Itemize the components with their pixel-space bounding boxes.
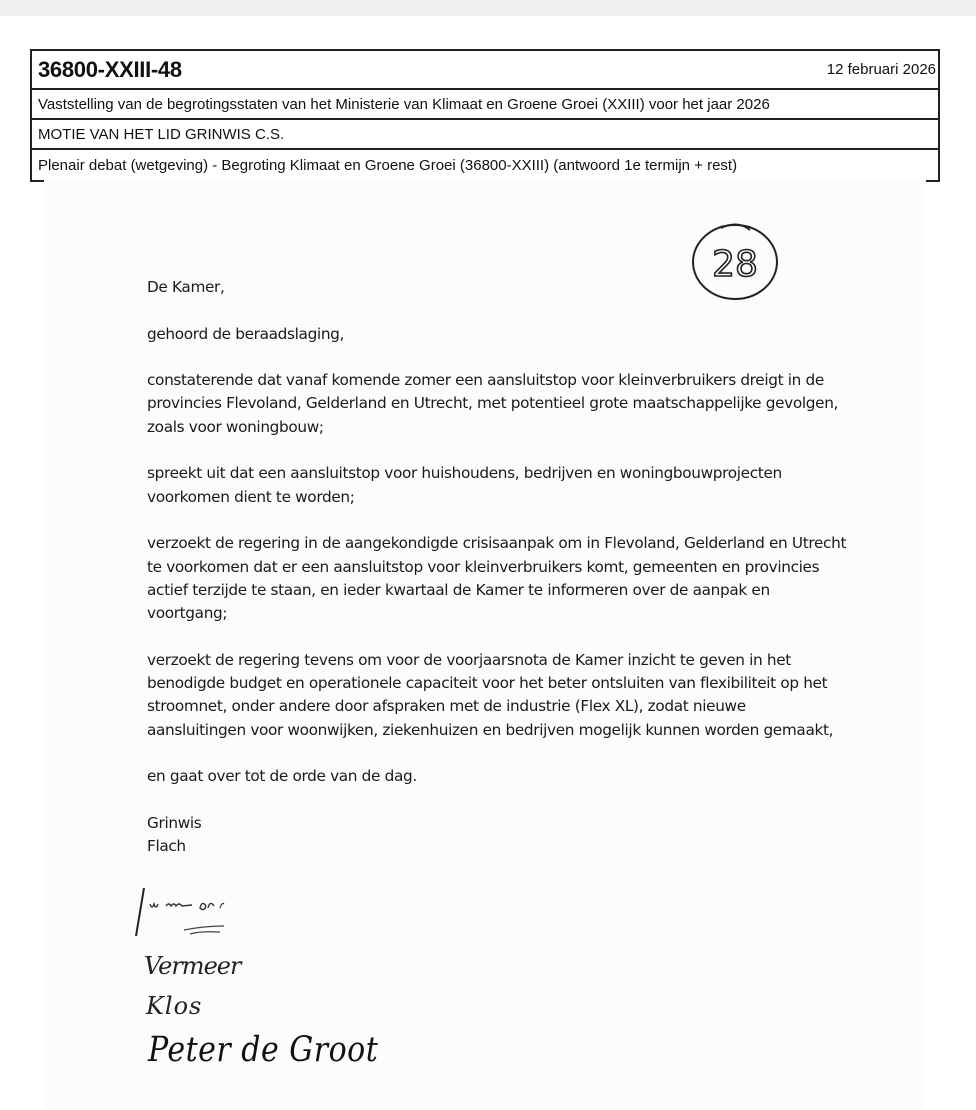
preamble: gehoord de beraadslaging, (147, 323, 847, 346)
document-subject: Vaststelling van de begrotingsstaten van… (38, 96, 770, 113)
signature-peter-de-groot: Peter de Groot (148, 1030, 378, 1070)
header-debate-row: Plenair debat (wetgeving) - Begroting Kl… (32, 150, 938, 180)
signature-jansen (128, 884, 288, 944)
salutation: De Kamer, (147, 276, 847, 299)
top-toolbar-strip (0, 0, 976, 16)
signatory-typed: Flach (147, 835, 847, 858)
paragraph-spreekt-uit: spreekt uit dat een aansluitstop voor hu… (147, 462, 847, 509)
paragraph-verzoekt-2: verzoekt de regering tevens om voor de v… (147, 649, 847, 742)
header-motion-row: MOTIE VAN HET LID GRINWIS C.S. (32, 120, 938, 150)
paragraph-constaterende: constaterende dat vanaf komende zomer ee… (147, 369, 847, 439)
paragraph-verzoekt-1: verzoekt de regering in de aangekondigde… (147, 532, 847, 625)
document-date: 12 februari 2026 (827, 61, 936, 78)
motion-body: De Kamer, gehoord de beraadslaging, cons… (147, 276, 847, 858)
closing: en gaat over tot de orde van de dag. (147, 765, 847, 788)
header-title-row: 36800-XXIII-48 12 februari 2026 (32, 51, 938, 90)
document-id: 36800-XXIII-48 (38, 57, 182, 83)
header-subject-row: Vaststelling van de begrotingsstaten van… (32, 90, 938, 120)
debate-title: Plenair debat (wetgeving) - Begroting Kl… (38, 157, 737, 174)
document-header: 36800-XXIII-48 12 februari 2026 Vaststel… (30, 49, 940, 182)
motion-type: MOTIE VAN HET LID GRINWIS C.S. (38, 126, 284, 143)
signatory-typed: Grinwis (147, 812, 847, 835)
signature-vermeer: Vermeer (144, 952, 240, 980)
signature-klos: Klos (146, 992, 202, 1020)
